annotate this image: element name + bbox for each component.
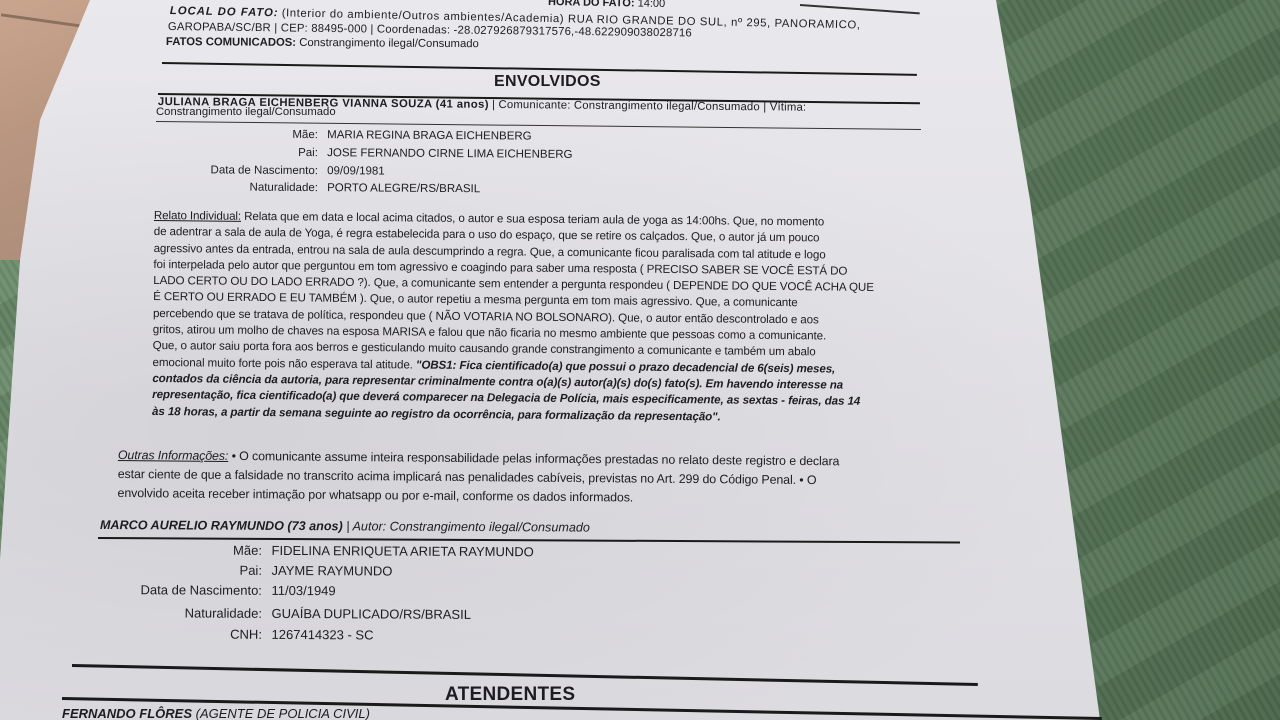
field-value: 09/09/1981 — [324, 165, 385, 177]
field-value: FIDELINA ENRIQUETA ARIETA RAYMUNDO — [268, 543, 534, 559]
section-title-envolvidos: ENVOLVIDOS — [494, 73, 601, 91]
field-label: Data de Nascimento: — [100, 582, 262, 598]
field-label: Pai: — [160, 146, 318, 159]
field-row: Mãe: FIDELINA ENRIQUETA ARIETA RAYMUNDO — [100, 542, 534, 559]
field-row: Data de Nascimento: 09/09/1981 — [160, 164, 385, 178]
field-value: JAYME RAYMUNDO — [268, 563, 393, 579]
field-row: CNH: 1267414323 - SC — [100, 626, 374, 642]
hora-do-fato: HORA DO FATO: 14:00 — [548, 0, 665, 10]
victim-heading-line2: Constrangimento ilegal/Consumado — [156, 106, 336, 118]
field-row: Naturalidade: GUAÍBA DUPLICADO/RS/BRASIL — [100, 605, 471, 622]
fatos-comunicados: FATOS COMUNICADOS: Constrangimento ilega… — [166, 36, 479, 50]
author-heading: MARCO AURELIO RAYMUNDO (73 anos) | Autor… — [100, 518, 590, 535]
obs-text: "OBS1: Fica cientificado(a) que possui o… — [413, 358, 835, 375]
field-value: MARIA REGINA BRAGA EICHENBERG — [324, 129, 532, 142]
outras-informacoes: Outras Informações: • O comunicante assu… — [118, 446, 978, 511]
section-title-atendentes: ATENDENTES — [445, 684, 575, 706]
field-value: 1267414323 - SC — [268, 627, 374, 643]
field-row: Mãe: MARIA REGINA BRAGA EICHENBERG — [160, 128, 532, 143]
field-value: JOSE FERNANDO CIRNE LIMA EICHENBERG — [324, 147, 573, 161]
field-row: Pai: JAYME RAYMUNDO — [100, 562, 393, 579]
relato-individual: Relato Individual: Relata que em data e … — [152, 208, 944, 427]
field-row: Naturalidade: PORTO ALEGRE/RS/BRASIL — [160, 181, 480, 195]
field-label: Mãe: — [160, 128, 318, 141]
field-label: CNH: — [100, 626, 262, 642]
outras-text: • O comunicante assume inteira responsab… — [228, 449, 839, 468]
field-value: PORTO ALEGRE/RS/BRASIL — [324, 182, 480, 195]
relato-label: Relato Individual: — [154, 209, 241, 223]
field-row: Data de Nascimento: 11/03/1949 — [100, 582, 336, 598]
outras-label: Outras Informações: — [118, 448, 228, 463]
relato-text: emocional muito forte pois não esperava … — [152, 356, 412, 371]
field-label: Naturalidade: — [160, 181, 318, 194]
field-label: Data de Nascimento: — [160, 164, 318, 177]
attendant-row: FERNANDO FLÔRES (AGENTE DE POLICIA CIVIL… — [62, 706, 370, 720]
field-label: Pai: — [100, 562, 262, 578]
header-rule-fragment — [800, 4, 920, 14]
divider — [72, 664, 978, 686]
field-value: 11/03/1949 — [268, 583, 336, 598]
field-value: GUAÍBA DUPLICADO/RS/BRASIL — [268, 606, 471, 622]
field-label: Naturalidade: — [100, 605, 262, 621]
field-label: Mãe: — [100, 542, 262, 558]
police-report-document: HORA DO FATO: 14:00 LOCAL DO FATO: (Inte… — [0, 0, 1280, 720]
field-row: Pai: JOSE FERNANDO CIRNE LIMA EICHENBERG — [160, 146, 573, 161]
